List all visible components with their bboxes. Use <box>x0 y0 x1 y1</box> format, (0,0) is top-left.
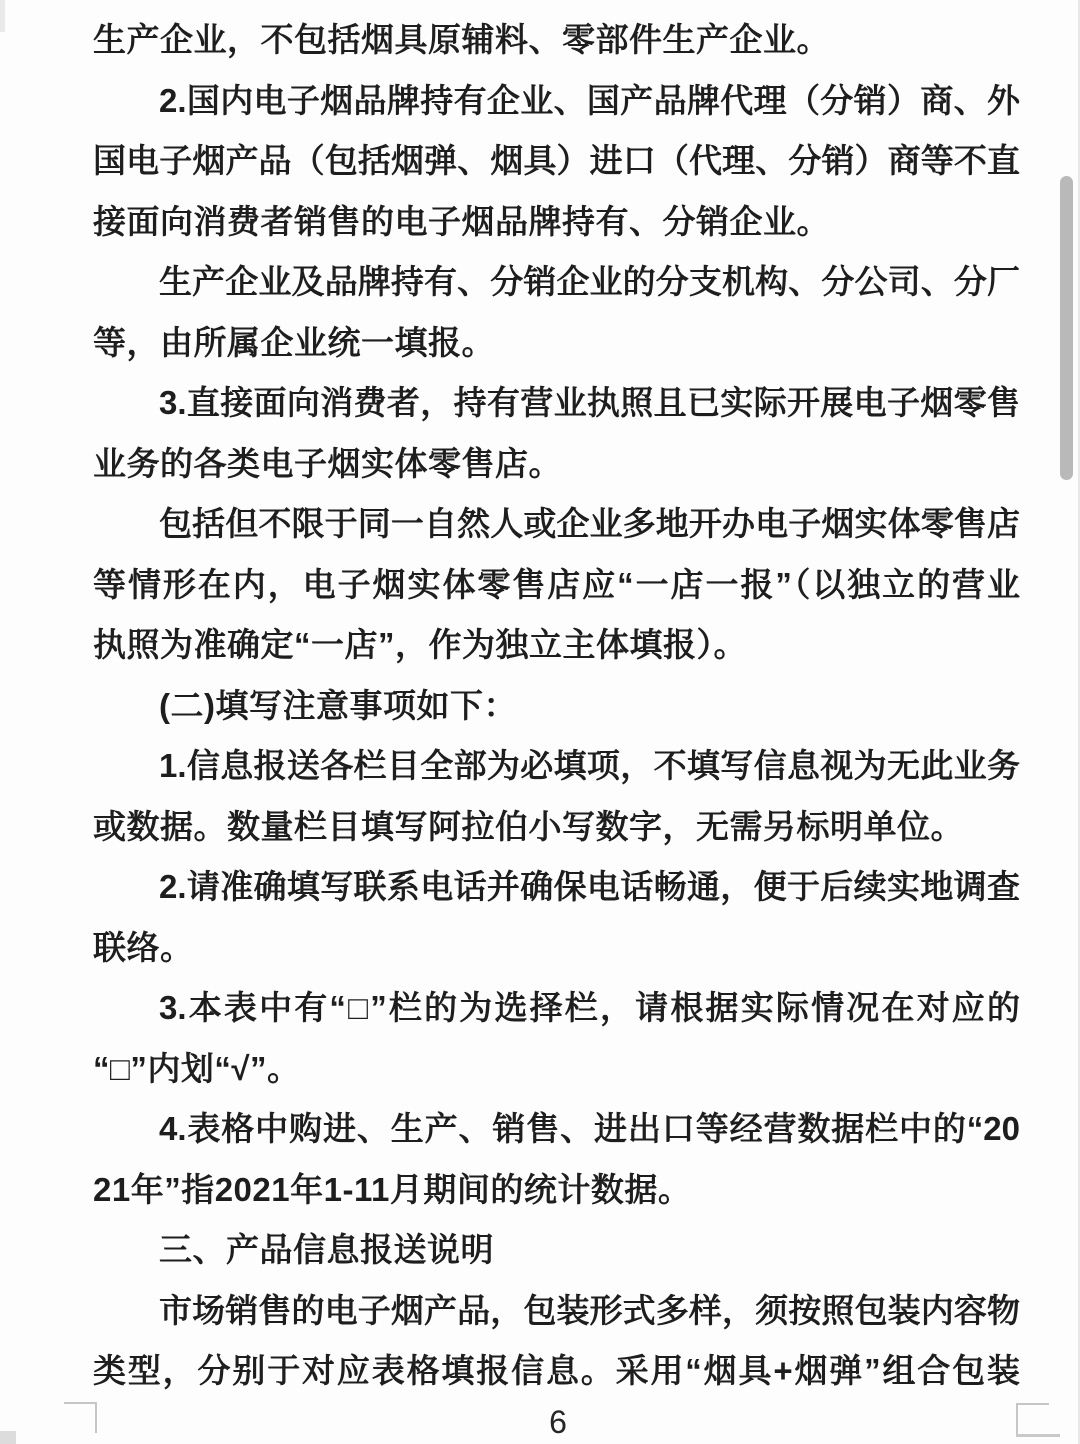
text-line: 4.表格中购进、生产、销售、进出口等经营数据栏中的“20 <box>93 1099 1020 1160</box>
photo-edge-artifact-top-left <box>0 0 5 32</box>
text-line: 三、产品信息报送说明 <box>93 1220 1020 1281</box>
text-line: 业务的各类电子烟实体零售店。 <box>93 434 1020 495</box>
text-line: 执照为准确定“一店”，作为独立主体填报）。 <box>93 615 1020 676</box>
text-line: 3.直接面向消费者，持有营业执照且已实际开展电子烟零售 <box>93 373 1020 434</box>
text-line: 市场销售的电子烟产品，包装形式多样，须按照包装内容物 <box>93 1281 1020 1342</box>
document-body: 生产企业，不包括烟具原辅料、零部件生产企业。 2.国内电子烟品牌持有企业、国产品… <box>93 10 1020 1402</box>
text-line: 21年”指2021年1-11月期间的统计数据。 <box>93 1160 1020 1221</box>
photo-edge-artifact-bottom-left <box>0 1431 16 1444</box>
text-line: “□”内划“√”。 <box>93 1039 1020 1100</box>
text-line: (二)填写注意事项如下： <box>93 676 1020 737</box>
text-line: 等，由所属企业统一填报。 <box>93 313 1020 374</box>
text-line: 国电子烟产品（包括烟弹、烟具）进口（代理、分销）商等不直 <box>93 131 1020 192</box>
page-footer: 6 <box>0 1400 1080 1444</box>
scrollbar-thumb[interactable] <box>1060 176 1073 480</box>
text-line: 3.本表中有“□”栏的为选择栏，请根据实际情况在对应的 <box>93 978 1020 1039</box>
text-boundary-corner-mark-right <box>1016 1403 1049 1434</box>
text-line: 2.请准确填写联系电话并确保电话畅通，便于后续实地调查 <box>93 857 1020 918</box>
text-line: 或数据。数量栏目填写阿拉伯小写数字，无需另标明单位。 <box>93 797 1020 858</box>
text-line: 生产企业，不包括烟具原辅料、零部件生产企业。 <box>93 10 1020 71</box>
text-line: 接面向消费者销售的电子烟品牌持有、分销企业。 <box>93 192 1020 253</box>
text-line: 联络。 <box>93 918 1020 979</box>
text-line: 1.信息报送各栏目全部为必填项，不填写信息视为无此业务 <box>93 736 1020 797</box>
text-line: 等情形在内，电子烟实体零售店应“一店一报”（以独立的营业 <box>93 555 1020 616</box>
text-boundary-corner-mark-left <box>64 1402 97 1433</box>
text-line: 生产企业及品牌持有、分销企业的分支机构、分公司、分厂 <box>93 252 1020 313</box>
text-line: 类型，分别于对应表格填报信息。采用“烟具+烟弹”组合包装 <box>93 1341 1020 1402</box>
text-line: 2.国内电子烟品牌持有企业、国产品牌代理（分销）商、外 <box>93 71 1020 132</box>
page-number: 6 <box>549 1404 567 1440</box>
document-page: 生产企业，不包括烟具原辅料、零部件生产企业。 2.国内电子烟品牌持有企业、国产品… <box>0 0 1080 1444</box>
photo-edge-artifact-bottom-right <box>1016 1434 1060 1437</box>
text-line: 包括但不限于同一自然人或企业多地开办电子烟实体零售店 <box>93 494 1020 555</box>
